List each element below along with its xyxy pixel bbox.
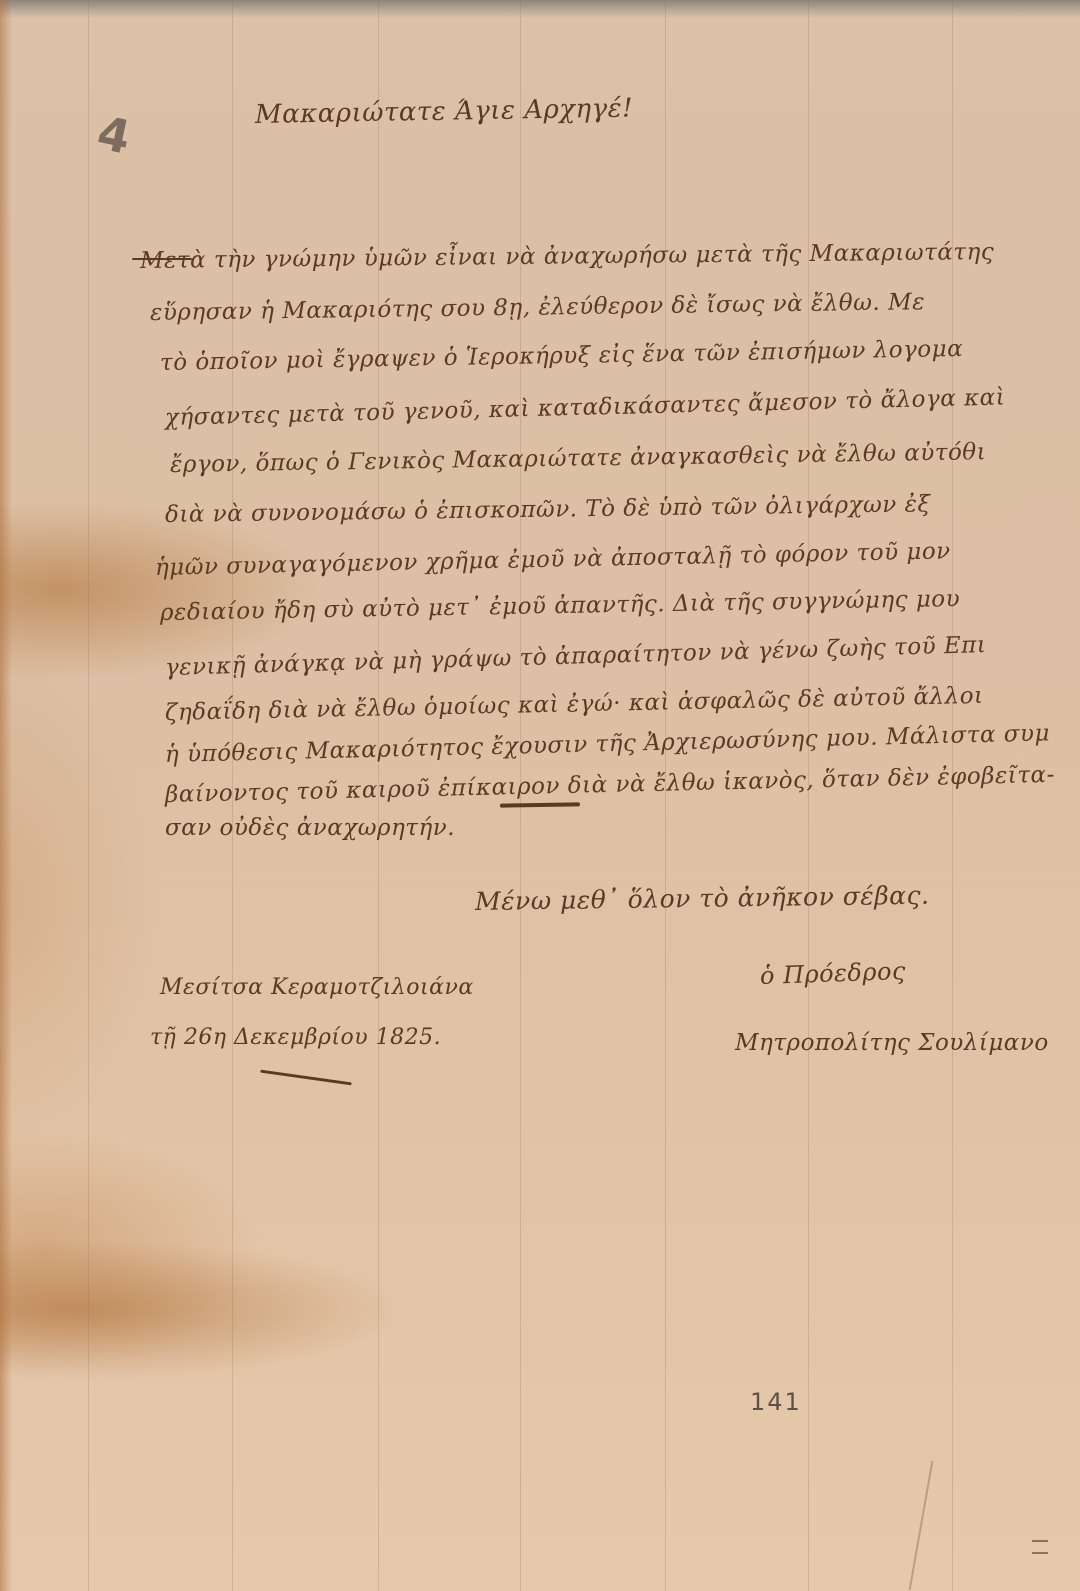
body-line: βαίνοντος τοῦ καιροῦ ἐπίκαιρον διὰ νὰ ἔλ… — [165, 762, 1055, 808]
closing-formula: Μένω μεθ᾽ ὅλον τὸ ἀνῆκον σέβας. — [475, 881, 930, 916]
folio-mark-top: 4 — [93, 105, 136, 164]
folio-number: 141 — [750, 1388, 802, 1416]
body-line: διὰ νὰ συνονομάσω ὁ ἐπισκοπῶν. Τὸ δὲ ὑπὸ… — [165, 491, 931, 528]
left-stained-edge — [0, 0, 12, 1591]
place-of-writing: Μεσίτσα Κεραμοτζιλοιάνα — [160, 975, 474, 1000]
signature-title: ὁ Πρόεδρος — [760, 957, 907, 990]
body-line: ζηδαΐδη διὰ νὰ ἔλθω ὁμοίως καὶ ἐγώ· καὶ … — [165, 683, 984, 726]
manuscript-page: 4 Μακαριώτατε Άγιε Αρχηγέ! Μετὰ τὴν γνώμ… — [0, 0, 1080, 1591]
body-line: τὸ ὁποῖον μοὶ ἔγραψεν ὁ Ἱεροκήρυξ εἰς ἕν… — [160, 336, 964, 376]
paper-chain-line — [88, 0, 89, 1591]
body-line: χήσαντες μετὰ τοῦ γενοῦ, καὶ καταδικάσαν… — [165, 384, 1006, 431]
body-line: ἔργον, ὅπως ὁ Γενικὸς Μακαριώτατε ἀναγκα… — [170, 439, 987, 478]
ink-marks — [1032, 1540, 1048, 1554]
salutation: Μακαριώτατε Άγιε Αρχηγέ! — [255, 93, 634, 130]
signature-name: Μητροπολίτης Σουλίμανο — [735, 1030, 1049, 1056]
paper-crease — [909, 1461, 934, 1590]
body-line: ἡ ὑπόθεσις Μακαριότητος ἔχουσιν τῆς Ἀρχι… — [165, 720, 1050, 768]
body-line: Μετὰ τὴν γνώμην ὑμῶν εἶναι νὰ ἀναχωρήσω … — [140, 239, 994, 274]
body-line: ἡμῶν συναγαγόμενον χρῆμα ἐμοῦ νὰ ἀποσταλ… — [155, 538, 951, 581]
torn-top-edge — [0, 0, 1080, 18]
body-line: σαν οὐδὲς ἀναχωρητήν. — [165, 815, 455, 841]
ink-flourish — [260, 1070, 352, 1086]
letter-date: τῇ 26η Δεκεμβρίου 1825. — [150, 1025, 441, 1050]
ink-flourish — [500, 802, 580, 807]
body-line: γενικῇ ἀνάγκᾳ νὰ μὴ γράψω τὸ ἀπαραίτητον… — [165, 632, 987, 681]
paper-chain-line — [808, 0, 809, 1591]
body-line: ρεδιαίου ἤδη σὺ αὐτὸ μετ᾽ ἐμοῦ ἀπαντῆς. … — [160, 586, 961, 626]
